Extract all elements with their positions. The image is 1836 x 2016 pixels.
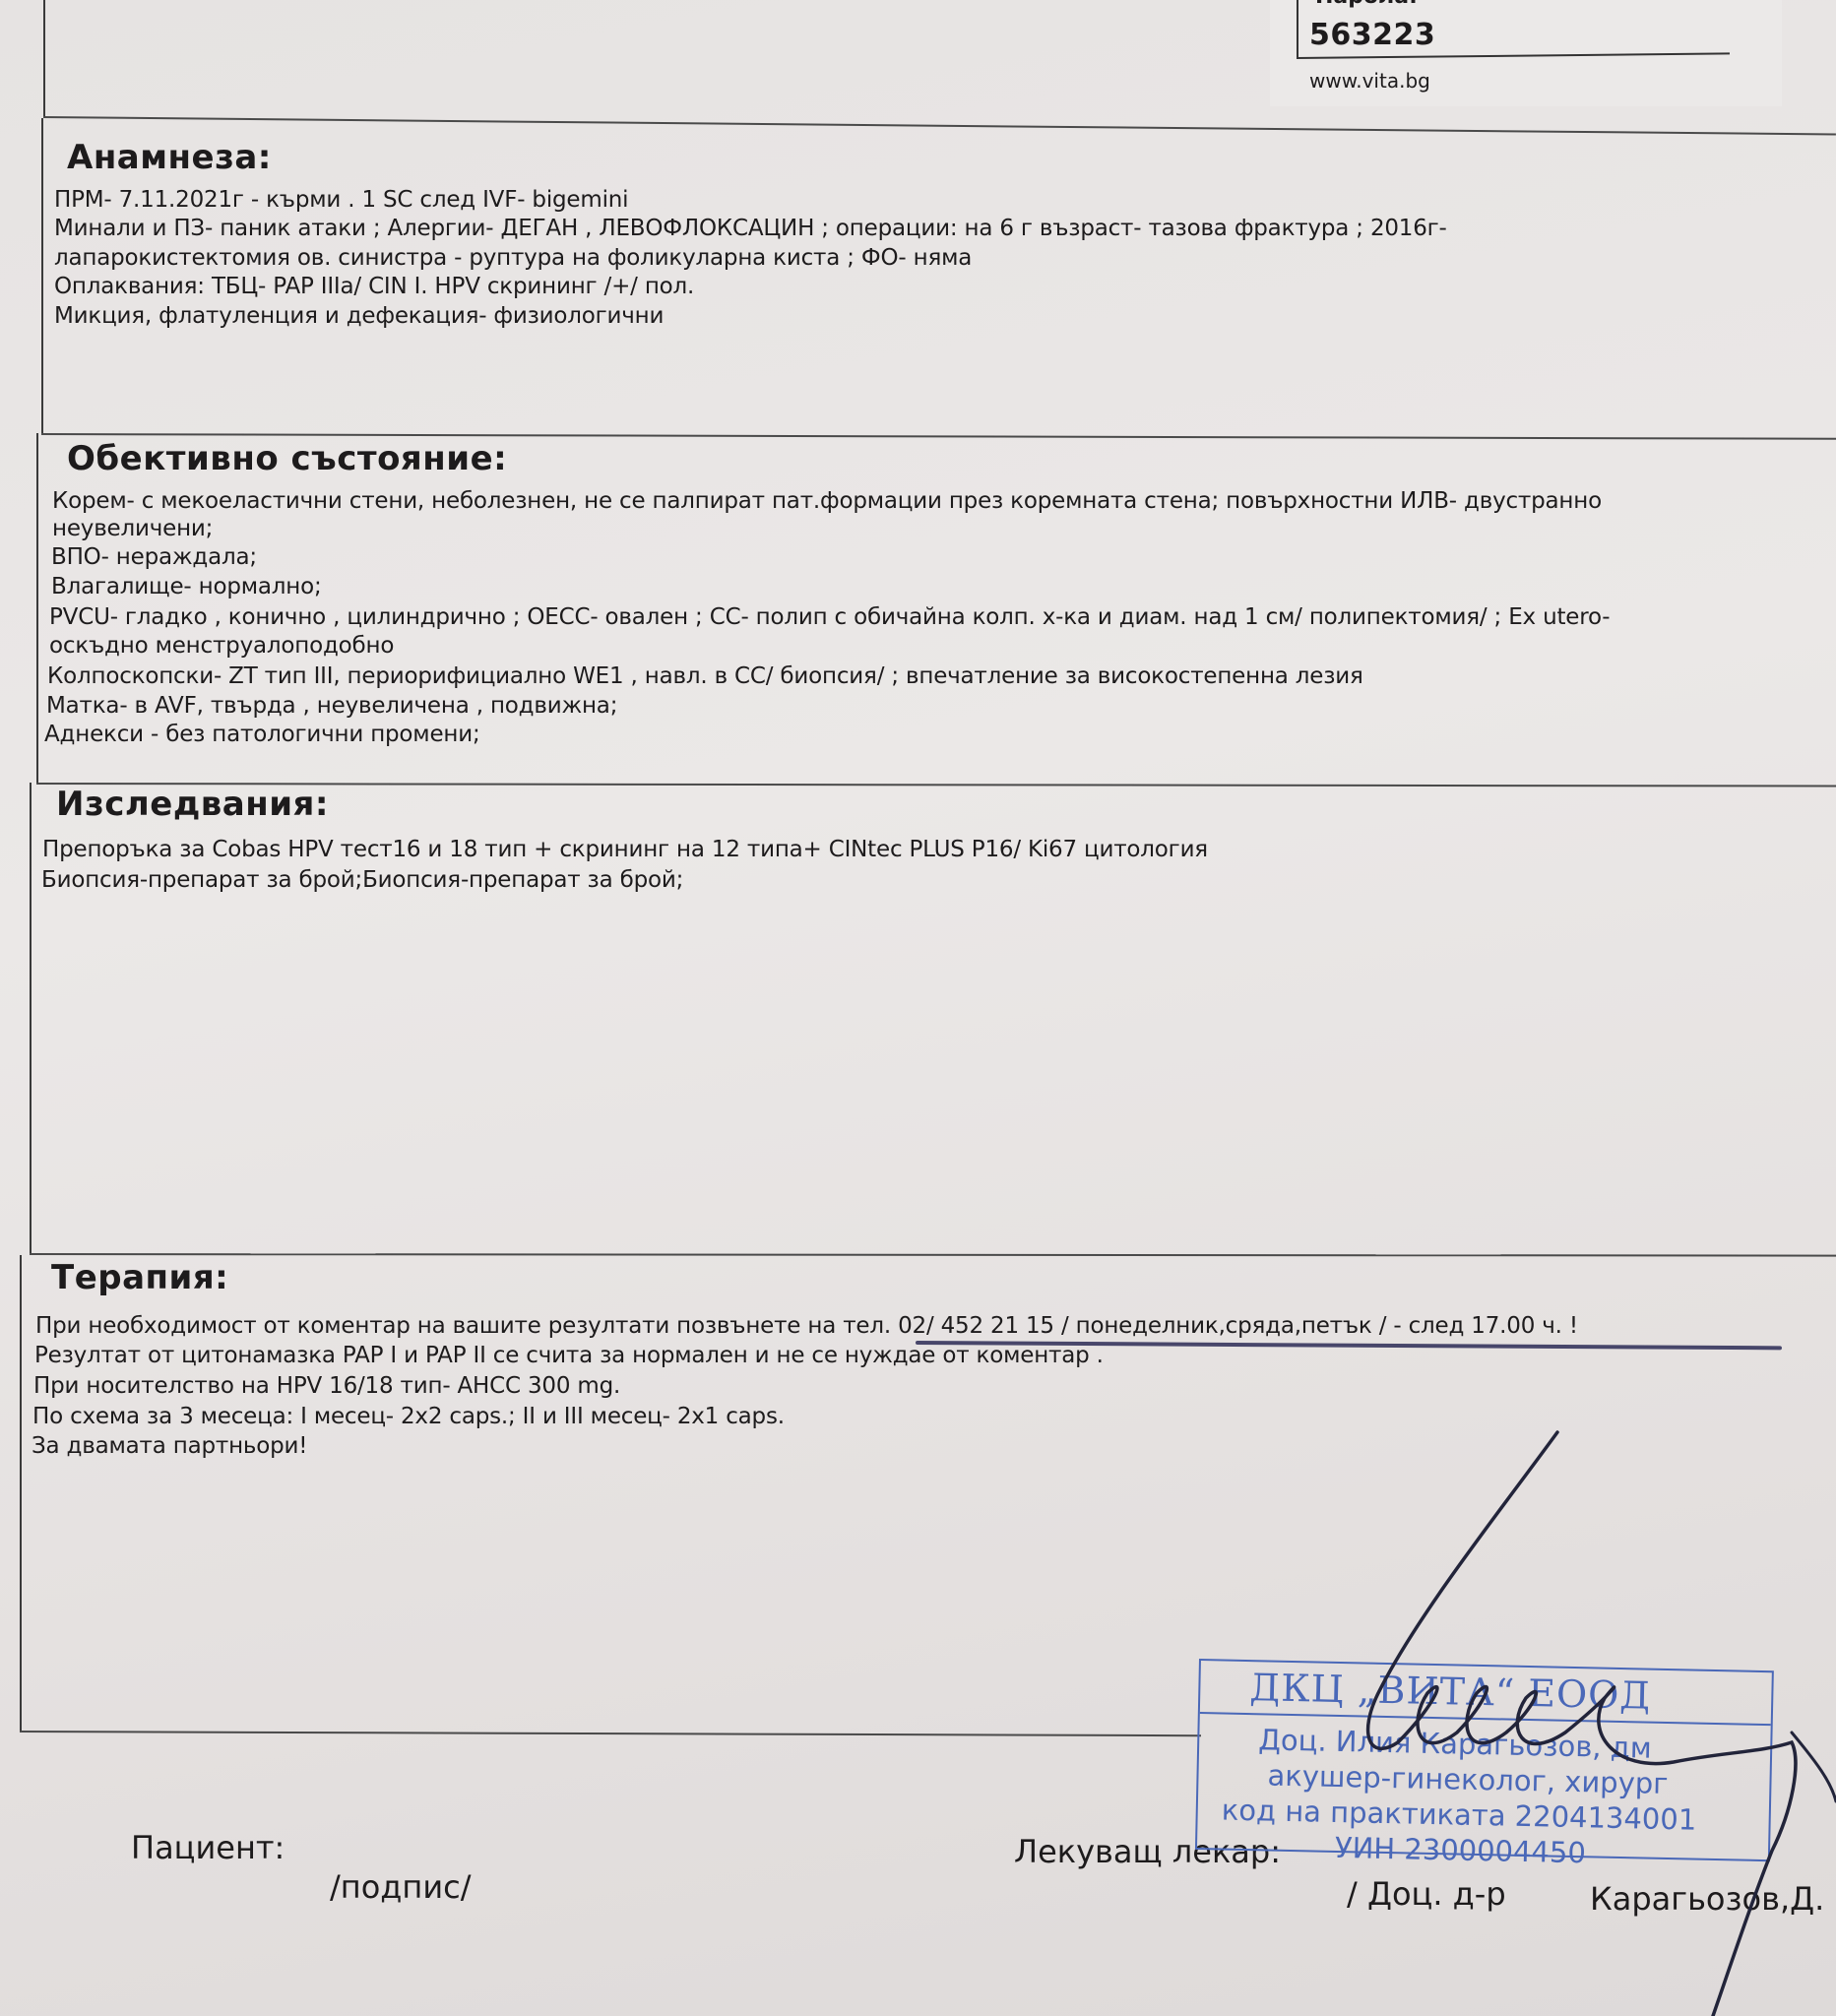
website-link[interactable]: www.vita.bg (1309, 69, 1430, 93)
anamnesis-line: Минали и ПЗ- паник атаки ; Алергии- ДЕГА… (54, 216, 1447, 241)
frame-border (36, 433, 38, 783)
objective-line: ВПО- нераждала; (51, 544, 257, 570)
patient-label: Пациент: (131, 1829, 285, 1866)
objective-line: Корем- с мекоеластични стени, неболезнен… (52, 488, 1602, 514)
section-divider (30, 1253, 1836, 1257)
objective-line: неувеличени; (52, 516, 213, 541)
anamnesis-title: Анамнеза: (67, 138, 272, 177)
frame-border (43, 0, 45, 118)
section-divider (43, 116, 1836, 135)
stamp-line: УИН 2300004450 (1335, 1831, 1587, 1869)
objective-line: PVCU- гладко , конично , цилиндрично ; O… (49, 604, 1610, 630)
anamnesis-line: ПРМ- 7.11.2021г - кърми . 1 SC след IVF-… (54, 187, 628, 213)
therapy-line: При необходимост от коментар на вашите р… (35, 1313, 1578, 1339)
objective-line: оскъдно менструалоподобно (49, 633, 394, 659)
stamp-line: Доц. Илия Карагьозов, дм (1258, 1723, 1652, 1764)
therapy-line: По схема за 3 месеца: I месец- 2x2 caps.… (32, 1404, 785, 1429)
therapy-line: При носителство на HPV 16/18 тип- АНСС 3… (33, 1373, 620, 1399)
password-box: Парола: 563223 www.vita.bg (1270, 0, 1782, 106)
clinic-stamp: ДКЦ „ВИТА“ ЕООД Доц. Илия Карагьозов, дм… (1195, 1659, 1774, 1861)
frame-border (20, 1255, 22, 1732)
doctor-title: / Доц. д-р (1347, 1875, 1506, 1913)
therapy-line: Резултат от цитонамазка PAP I и PAP II с… (34, 1343, 1104, 1368)
password-label: Парола: (1315, 0, 1418, 9)
investigations-line: Препоръка за Cobas HPV тест16 и 18 тип +… (42, 837, 1208, 862)
anamnesis-line: Оплаквания: ТБЦ- PAP IIIa/ CIN I. HPV ск… (54, 274, 694, 299)
frame-border (41, 118, 43, 433)
therapy-title: Терапия: (51, 1258, 228, 1297)
patient-signature-label: /подпис/ (330, 1868, 472, 1906)
frame-border (30, 783, 32, 1255)
doctor-name: Карагьозов,Д. (1590, 1880, 1824, 1918)
medical-report-page: Парола: 563223 www.vita.bg Анамнеза: ПРМ… (0, 0, 1836, 2016)
investigations-title: Изследвания: (56, 785, 329, 824)
password-value: 563223 (1309, 18, 1435, 52)
anamnesis-line: лапарокистектомия ов. синистра - руптура… (54, 245, 972, 271)
objective-line: Матка- в AVF, твърда , неувеличена , под… (46, 693, 617, 719)
objective-title: Обективно състояние: (67, 439, 507, 478)
stamp-line: код на практиката 2204134001 (1221, 1794, 1696, 1837)
investigations-line: Биопсия-препарат за брой;Биопсия-препара… (41, 867, 683, 893)
objective-line: Влагалище- нормално; (51, 574, 322, 599)
anamnesis-line: Микция, флатуленция и дефекация- физиоло… (54, 303, 664, 329)
stamp-line: акушер-гинеколог, хирург (1267, 1758, 1669, 1800)
objective-line: Колпоскопски- ZT тип III, периорифициалн… (47, 663, 1363, 689)
section-divider (20, 1731, 1201, 1736)
objective-line: Аднекси - без патологични промени; (44, 722, 480, 747)
therapy-line: За двамата партньори! (32, 1433, 307, 1459)
stamp-title: ДКЦ „ВИТА“ ЕООД (1249, 1666, 1652, 1718)
